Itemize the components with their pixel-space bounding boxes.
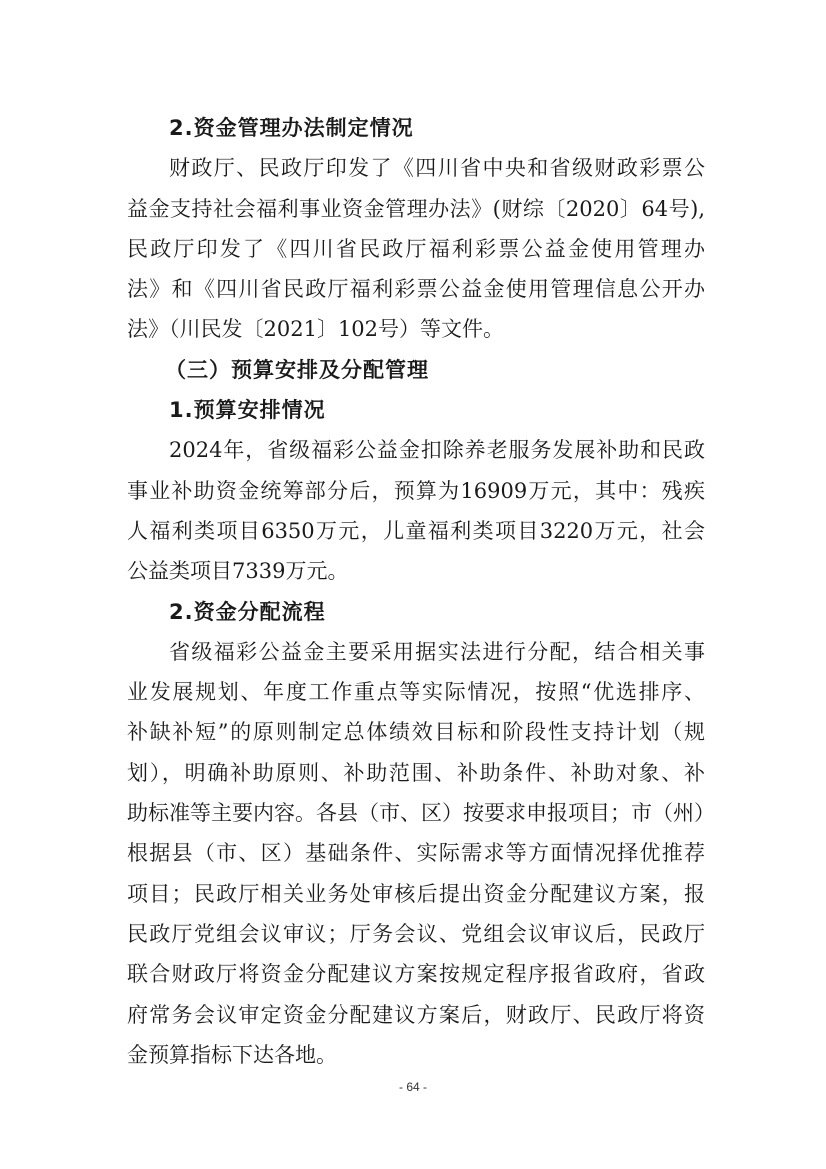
paragraph-line: 府常务会议审定资金分配建议方案后，财政厅、民政厅将资	[127, 995, 705, 1035]
heading-fund-allocation-process: 2.资金分配流程	[127, 592, 705, 632]
paragraph-line: 法》（川民发〔2021〕102号）等文件。	[127, 309, 705, 349]
paragraph-line: 民政厅党组会议审议；厅务会议、党组会议审议后，民政厅	[127, 914, 705, 954]
paragraph-line: 财政厅、民政厅印发了《四川省中央和省级财政彩票公	[127, 148, 705, 188]
paragraph-line: 法》和《四川省民政厅福利彩票公益金使用管理信息公开办	[127, 269, 705, 309]
paragraph-line: 事业补助资金统筹部分后，预算为16909万元，其中：残疾	[127, 471, 705, 511]
paragraph-management-measures: 财政厅、民政厅印发了《四川省中央和省级财政彩票公 益金支持社会福利事业资金管理办…	[127, 148, 705, 349]
paragraph-line: 划），明确补助原则、补助范围、补助条件、补助对象、补	[127, 753, 705, 793]
paragraph-line: 2024年，省级福彩公益金扣除养老服务发展补助和民政	[127, 430, 705, 470]
paragraph-line: 益金支持社会福利事业资金管理办法》(财综〔2020〕64号),	[127, 189, 705, 229]
paragraph-line: 助标准等主要内容。各县（市、区）按要求申报项目；市（州）	[127, 793, 705, 833]
paragraph-line: 公益类项目7339万元。	[127, 551, 705, 591]
paragraph-line: 补缺补短”的原则制定总体绩效目标和阶段性支持计划（规	[127, 712, 705, 752]
paragraph-allocation-process: 省级福彩公益金主要采用据实法进行分配，结合相关事 业发展规划、年度工作重点等实际…	[127, 632, 705, 1075]
paragraph-line: 根据县（市、区）基础条件、实际需求等方面情况择优推荐	[127, 833, 705, 873]
paragraph-line: 金预算指标下达各地。	[127, 1035, 705, 1075]
paragraph-line: 人福利类项目6350万元，儿童福利类项目3220万元，社会	[127, 511, 705, 551]
paragraph-line: 业发展规划、年度工作重点等实际情况，按照“优选排序、	[127, 672, 705, 712]
page-number: - 64 -	[0, 1080, 826, 1094]
heading-budget-arrangement: 1.预算安排情况	[127, 390, 705, 430]
paragraph-line: 项目；民政厅相关业务处审核后提出资金分配建议方案，报	[127, 874, 705, 914]
heading-fund-management-measures: 2.资金管理办法制定情况	[127, 108, 705, 148]
paragraph-line: 省级福彩公益金主要采用据实法进行分配，结合相关事	[127, 632, 705, 672]
paragraph-line: 民政厅印发了《四川省民政厅福利彩票公益金使用管理办	[127, 229, 705, 269]
paragraph-line: 联合财政厅将资金分配建议方案按规定程序报省政府，省政	[127, 954, 705, 994]
document-page: 2.资金管理办法制定情况 财政厅、民政厅印发了《四川省中央和省级财政彩票公 益金…	[127, 108, 705, 1075]
paragraph-budget-arrangement: 2024年，省级福彩公益金扣除养老服务发展补助和民政 事业补助资金统筹部分后，预…	[127, 430, 705, 591]
section-heading-budget-allocation: （三）预算安排及分配管理	[127, 350, 705, 390]
